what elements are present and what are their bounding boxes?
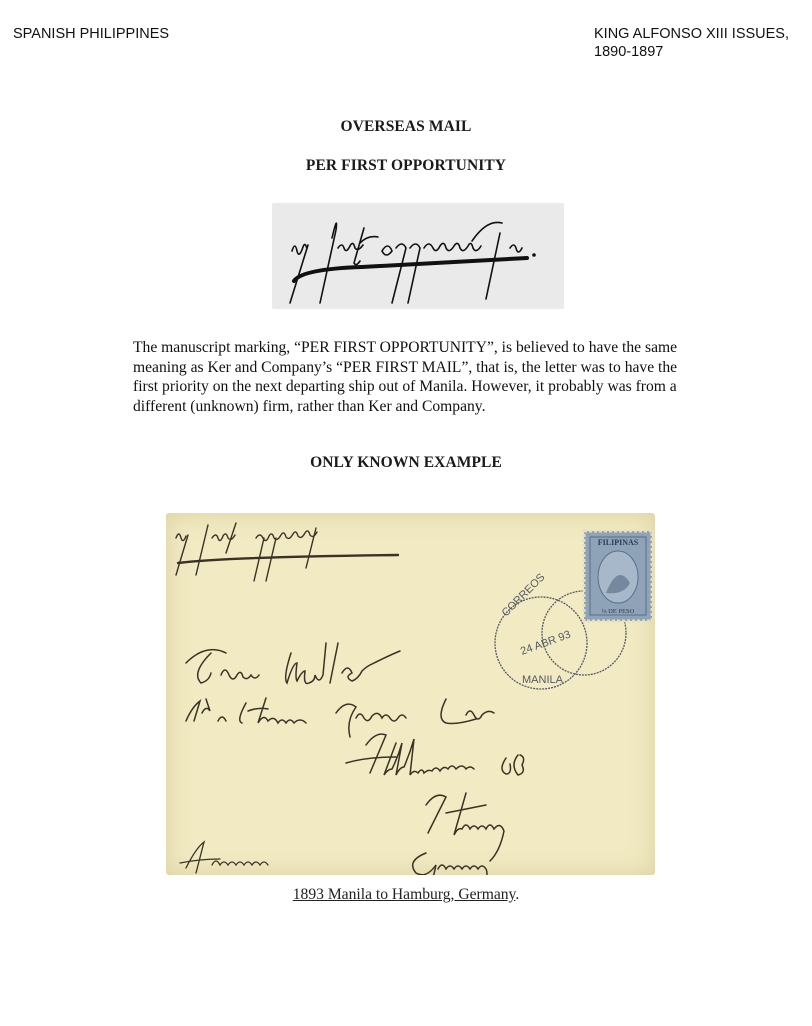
postmark-top-text: CORREOS xyxy=(500,571,548,619)
caption-suffix: . xyxy=(515,886,519,903)
header-right-line2: 1890-1897 xyxy=(594,43,789,61)
header-left-title: SPANISH PHILIPPINES xyxy=(13,25,169,43)
stamp-country: FILIPINAS xyxy=(598,538,639,547)
envelope-caption: 1893 Manila to Hamburg, Germany. xyxy=(0,886,812,904)
description-paragraph: The manuscript marking, “PER FIRST OPPOR… xyxy=(133,338,693,416)
stamp: FILIPINAS ⅛ DE PESO xyxy=(584,531,652,621)
envelope-cover-image: CORREOS 24 ABR 93 MANILA FILIPINAS ⅛ DE … xyxy=(166,513,655,875)
header-right-title: KING ALFONSO XIII ISSUES, 1890-1897 xyxy=(594,25,789,61)
postmark-date-text: 24 ABR 93 xyxy=(519,629,573,658)
postmark-bottom-text: MANILA xyxy=(522,674,564,686)
stamp-value: ⅛ DE PESO xyxy=(602,608,635,615)
envelope-illustration: CORREOS 24 ABR 93 MANILA FILIPINAS ⅛ DE … xyxy=(166,513,655,875)
example-title: ONLY KNOWN EXAMPLE xyxy=(0,454,812,472)
caption-text: 1893 Manila to Hamburg, Germany xyxy=(293,886,516,903)
subsection-title: PER FIRST OPPORTUNITY xyxy=(0,157,812,175)
handwriting-illustration xyxy=(272,203,564,309)
manuscript-marking-image xyxy=(272,203,564,309)
section-title: OVERSEAS MAIL xyxy=(0,118,812,136)
header-right-line1: KING ALFONSO XIII ISSUES, xyxy=(594,25,789,43)
